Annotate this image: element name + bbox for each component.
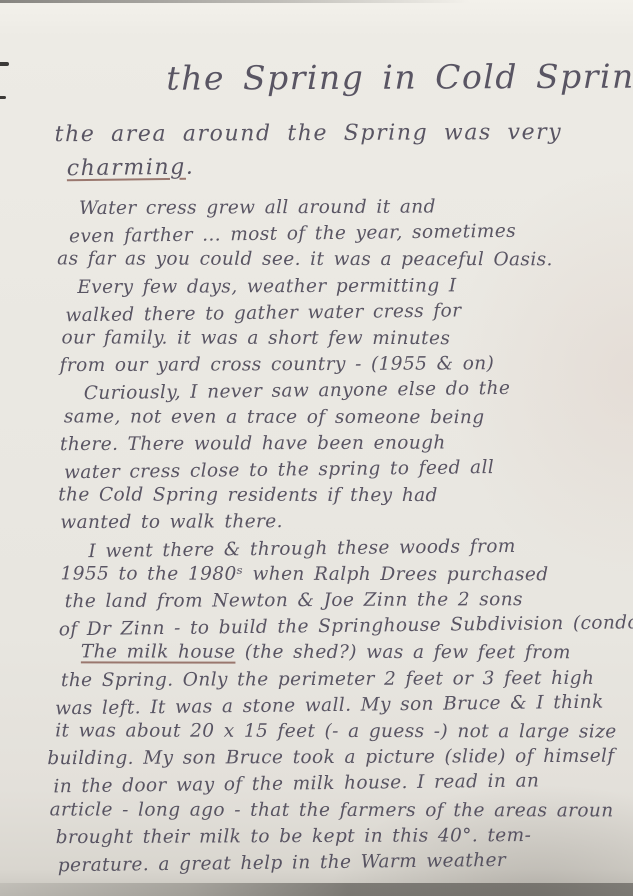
line-text: water cress close to the spring to feed … bbox=[64, 457, 494, 483]
line-text: article - long ago - that the farmers of… bbox=[50, 799, 614, 821]
handwritten-line: the Cold Spring residents if they had bbox=[58, 483, 615, 510]
underlined-text: The milk house bbox=[81, 642, 236, 663]
document-photo: the Spring in Cold Spring the area aroun… bbox=[0, 0, 633, 896]
line-text: in the door way of the milk house. I rea… bbox=[53, 771, 539, 798]
page-title: the Spring in Cold Spring bbox=[166, 57, 613, 119]
handwritten-line: our family. it was a short few minutes bbox=[62, 325, 615, 352]
handwritten-line: perature. a great help in the Warm weath… bbox=[58, 847, 617, 880]
line-text: same, not even a trace of someone being bbox=[64, 406, 485, 428]
handwritten-line: I went there & through these woods from bbox=[88, 532, 615, 565]
handwritten-line: The milk house (the shed?) was a few fee… bbox=[81, 640, 616, 667]
line-text: there. There would have been enough bbox=[60, 432, 446, 455]
handwritten-line: was left. It was a stone wall. My son Br… bbox=[55, 689, 616, 722]
handwritten-line: water cress close to the spring to feed … bbox=[64, 454, 615, 487]
line-text: building. My son Bruce took a picture (s… bbox=[47, 746, 614, 769]
line-text: (the shed?) was a few feet from bbox=[235, 642, 570, 664]
handwritten-line: as far as you could see. it was a peacef… bbox=[57, 247, 614, 274]
handwritten-line: walked there to gather water cress for bbox=[65, 296, 614, 329]
line-text: was left. It was a stone wall. My son Br… bbox=[55, 692, 604, 720]
handwritten-line: 1955 to the 1980ˢ when Ralph Drees purch… bbox=[61, 561, 616, 588]
handwritten-line: in the door way of the milk house. I rea… bbox=[53, 768, 616, 801]
handwritten-line: the area around the Spring was very bbox=[55, 117, 614, 151]
line-text: . bbox=[186, 155, 195, 180]
line-text: wanted to walk there. bbox=[60, 512, 283, 534]
line-text: Curiously, I never saw anyone else do th… bbox=[84, 378, 511, 404]
line-text: perature. a great help in the Warm weath… bbox=[58, 850, 507, 876]
handwritten-line: charming. bbox=[67, 147, 614, 186]
line-text: even farther ... most of the year, somet… bbox=[69, 221, 516, 247]
handwritten-line: same, not even a trace of someone being bbox=[64, 404, 615, 431]
line-text: it was about 20 x 15 feet (- a guess -) … bbox=[55, 720, 616, 742]
handwritten-page: the Spring in Cold Spring the area aroun… bbox=[0, 0, 633, 896]
line-text: the Spring. Only the perimeter 2 feet or… bbox=[61, 667, 594, 690]
handwritten-line: Curiously, I never saw anyone else do th… bbox=[84, 375, 615, 408]
line-text: our family. it was a short few minutes bbox=[62, 327, 451, 349]
line-text: the area around the Spring was very bbox=[55, 120, 563, 147]
line-text: 1955 to the 1980ˢ when Ralph Drees purch… bbox=[61, 563, 549, 585]
line-text: of Dr Zinn - to build the Springhouse Su… bbox=[59, 612, 633, 640]
page-bottom-shadow bbox=[0, 883, 633, 896]
line-text: walked there to gather water cress for bbox=[65, 300, 461, 326]
line-text: the land from Newton & Joe Zinn the 2 so… bbox=[65, 589, 523, 612]
handwritten-line: article - long ago - that the farmers of… bbox=[50, 797, 617, 824]
line-text: as far as you could see. it was a peacef… bbox=[57, 249, 553, 271]
handwritten-line: it was about 20 x 15 feet (- a guess -) … bbox=[55, 718, 616, 745]
line-text: from our yard cross country - (1955 & on… bbox=[60, 353, 495, 376]
line-text: Every few days, weather permitting I bbox=[77, 275, 456, 298]
line-text: I went there & through these woods from bbox=[88, 535, 516, 561]
handwritten-line: wanted to walk there. bbox=[60, 508, 615, 537]
line-text: brought their milk to be kept in this 40… bbox=[56, 825, 532, 848]
underlined-text: charming bbox=[67, 155, 186, 181]
line-text: Water cress grew all around it and bbox=[79, 196, 436, 219]
line-text: the Cold Spring residents if they had bbox=[58, 485, 438, 507]
